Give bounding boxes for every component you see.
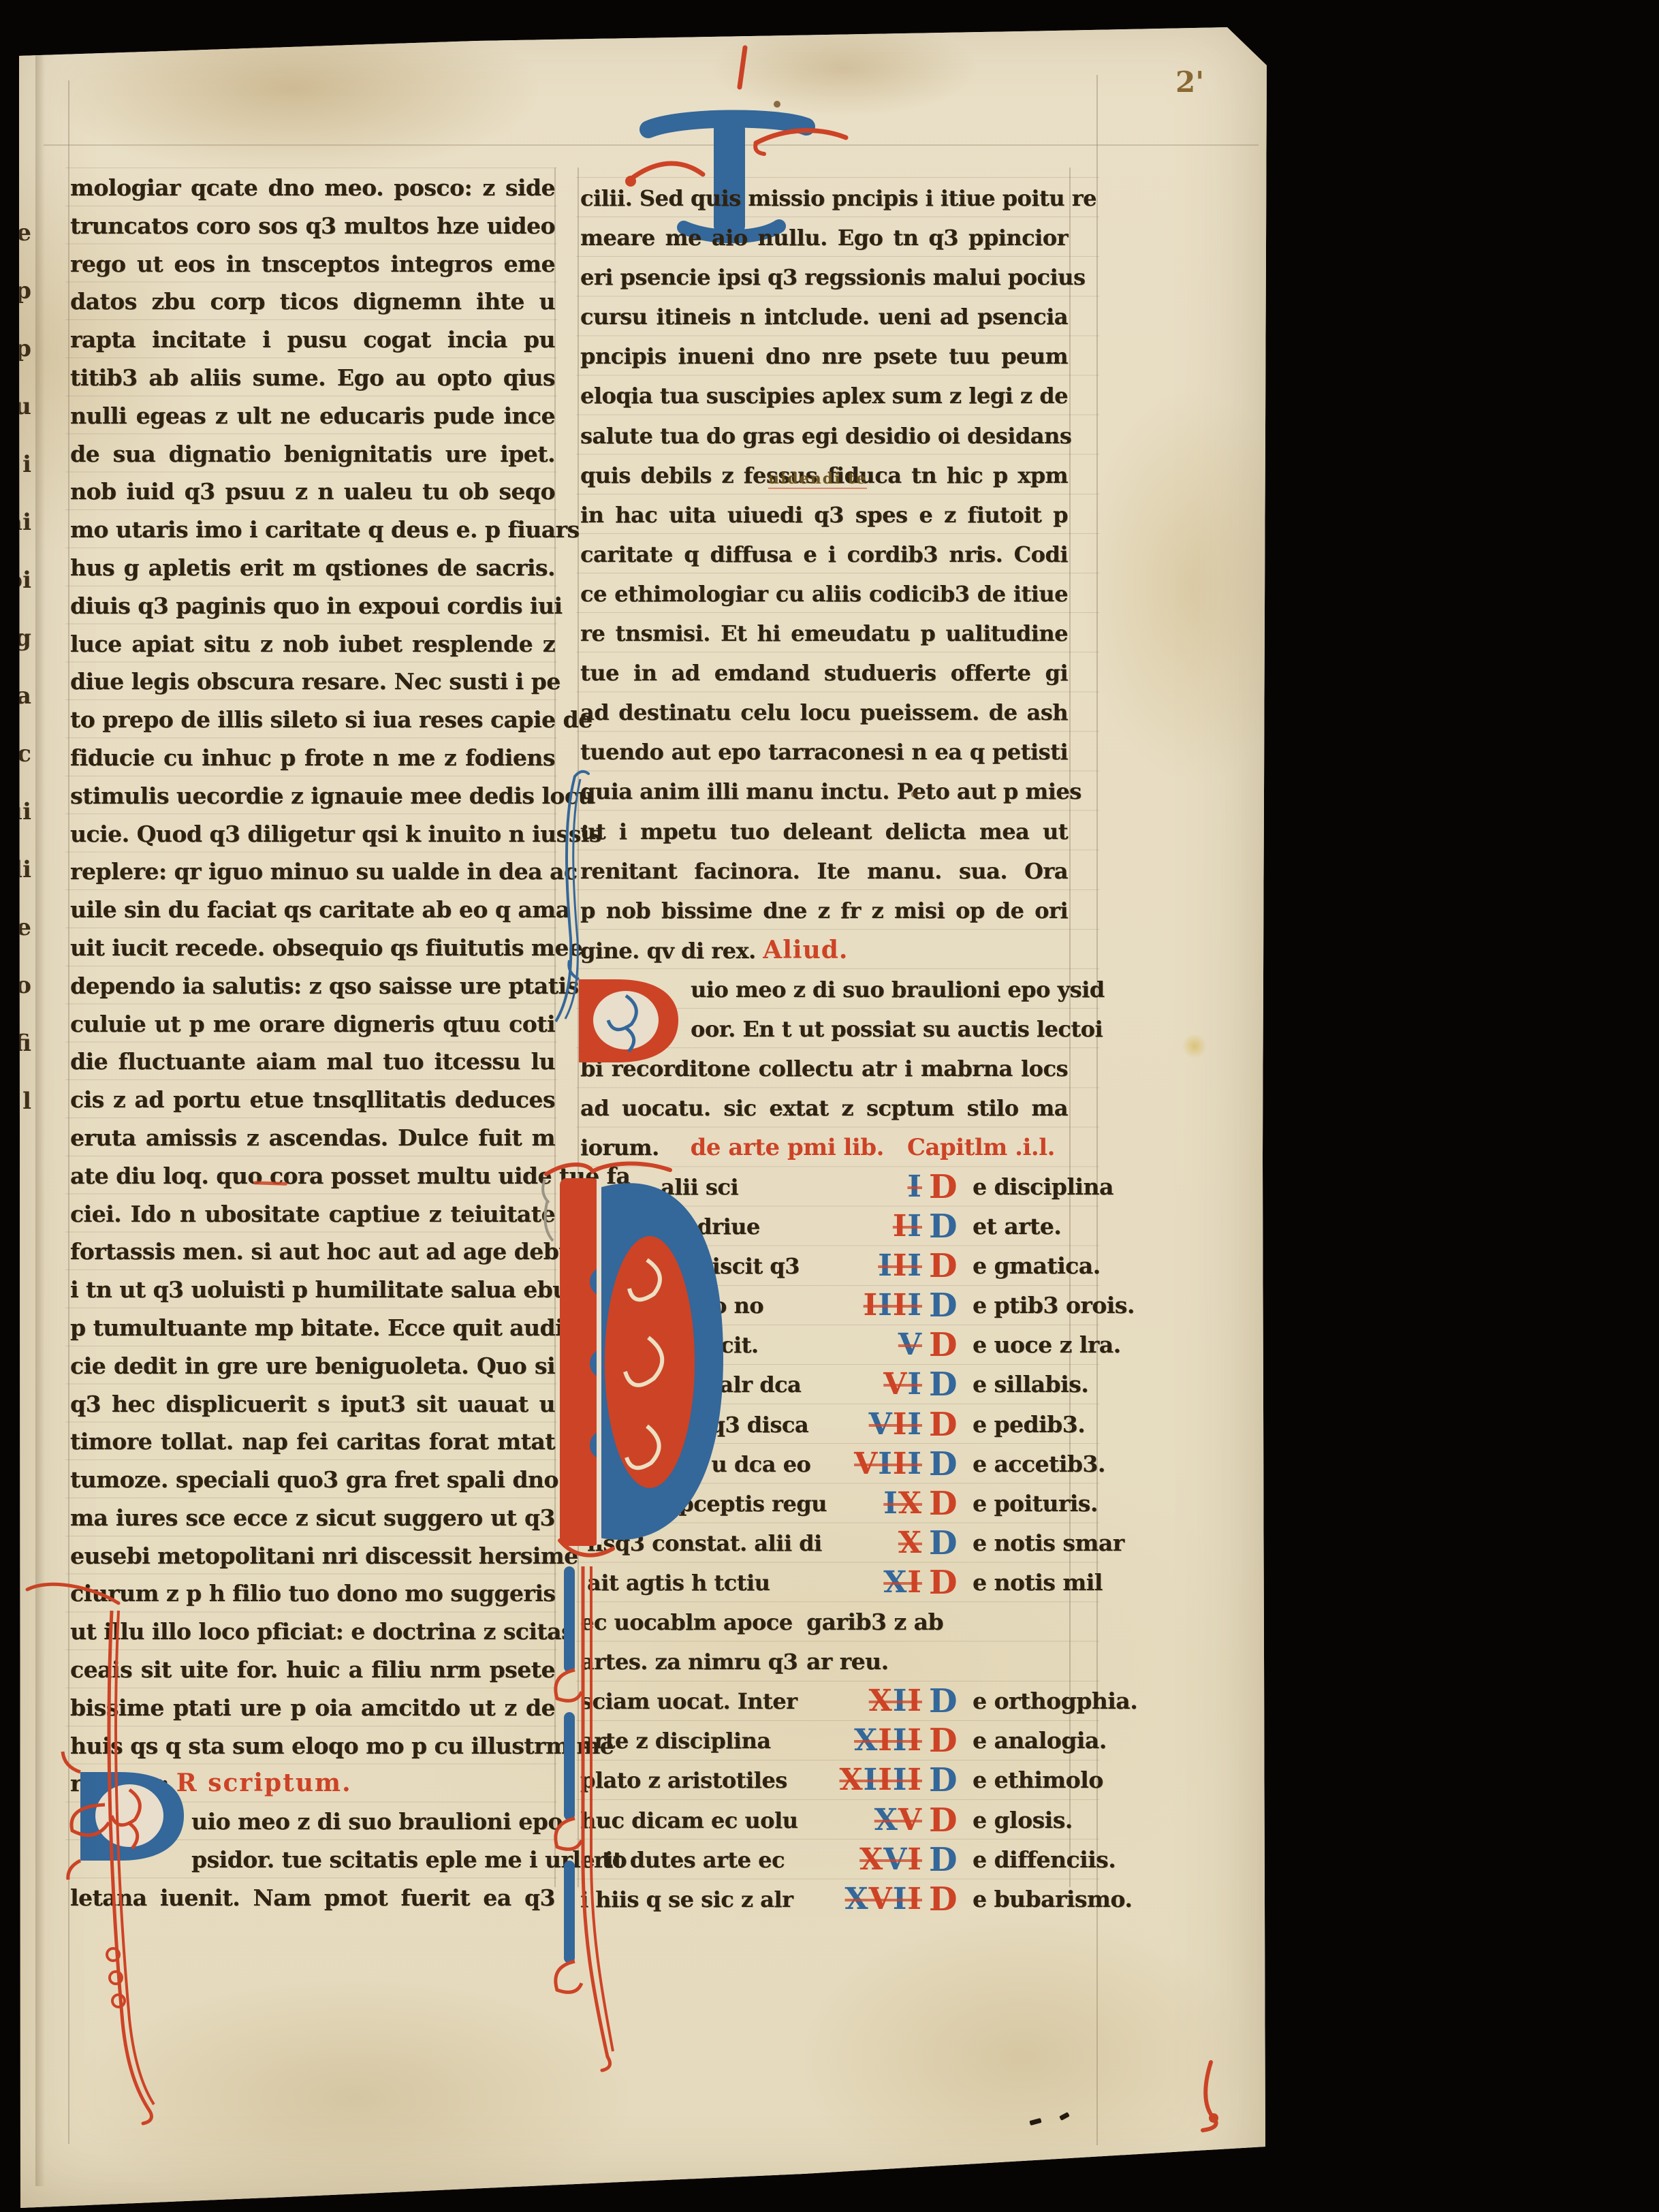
chapter-title: e diffenciis. xyxy=(973,1840,1116,1880)
chapter-initial-d: D xyxy=(929,1207,973,1246)
facing-page-edge: epepuiaioigBat.cuidiemofil xyxy=(0,204,31,1131)
text-line: mologiar qcate dno meo. posco: z side xyxy=(70,169,555,207)
text-line: uit iucit recede. obsequio qs fiuitutis … xyxy=(70,929,555,967)
clipped-marginal-letter: ui xyxy=(0,783,31,841)
clipped-marginal-letter: u xyxy=(0,378,31,436)
text-line: i tn ut q3 uoluisti p humilitate salua e… xyxy=(70,1271,555,1309)
chapter-numeral: III xyxy=(878,1246,929,1286)
text-line: q3 hec displicuerit s iput3 sit uauat u xyxy=(70,1385,555,1423)
chapter-row: ec uocablm apoce D garib3 z ab xyxy=(580,1602,1068,1642)
text-line: cilii. Sed quis missio pncipis i itiue p… xyxy=(580,178,1068,218)
chapter-title: e accetib3. xyxy=(973,1444,1105,1484)
text-line: rego ut eos in tnsceptos integros eme xyxy=(70,245,555,283)
clipped-marginal-letter: fi xyxy=(0,1015,31,1073)
text-line: salute tua do gras egi desidio oi desida… xyxy=(580,416,1068,456)
text-line: ce ethimologiar cu aliis codicib3 de iti… xyxy=(580,574,1068,614)
text-line: quia anim illi manu inctu. Peto aut p mi… xyxy=(580,772,1068,811)
clipped-marginal-letter: e xyxy=(0,204,31,262)
text-line: de sua dignatio benignitatis ure ipet. xyxy=(70,435,555,473)
text-line: fortassis men. si aut hoc aut ad age deb… xyxy=(70,1233,555,1271)
ruling-vertical xyxy=(1096,75,1098,2145)
chapter-title: e uoce z lra. xyxy=(973,1325,1121,1365)
chapter-numeral: VII xyxy=(869,1405,929,1444)
ink-speck xyxy=(1059,2112,1070,2121)
chapter-initial-d: D xyxy=(929,1246,973,1286)
text-line: rapta incitate i pusu cogat incia pu xyxy=(70,321,555,359)
text-line: caritate q diffusa e i cordib3 nris. Cod… xyxy=(580,535,1068,574)
ink-speck xyxy=(1029,2118,1041,2126)
clipped-marginal-letter: t.c xyxy=(0,725,31,783)
chapter-title: e notis smar xyxy=(973,1523,1124,1563)
text-line: cursu itineis n intclude. ueni ad psenci… xyxy=(580,297,1068,336)
text-line: ciei. Ido n ubositate captiue z teiuitat… xyxy=(70,1195,555,1233)
text-line: ucie. Quod q3 diligetur qsi k inuito n i… xyxy=(70,815,555,853)
clipped-marginal-letter: e xyxy=(0,899,31,957)
chapter-row: huc dicam ec uolu XV D e glosis. xyxy=(580,1801,1068,1840)
text-line: meare me aio nullu. Ego tn q3 ppincior xyxy=(580,218,1068,257)
text-line: ad destinatu celu locu pueissem. de ash xyxy=(580,693,1068,732)
text-line: ma iures sce ecce z sicut suggero ut q3 xyxy=(70,1499,555,1537)
chapter-numeral: XVI xyxy=(859,1840,929,1880)
chapter-title: e poituris. xyxy=(973,1484,1098,1523)
rescriptum-rubric: R scriptum. xyxy=(176,1769,352,1797)
chapter-title: e pedib3. xyxy=(973,1405,1085,1444)
clipped-marginal-letter: g xyxy=(0,610,31,667)
clipped-marginal-letter: ai xyxy=(0,494,31,552)
parchment-blemish xyxy=(774,101,780,108)
text-line: die fluctuante aiam mal tuo itcessu lu xyxy=(70,1043,555,1081)
chapter-numeral: IX xyxy=(883,1484,929,1523)
text-line: nob iuid q3 psuu z n ualeu tu ob seqo xyxy=(70,473,555,511)
clipped-marginal-letter: mo xyxy=(0,957,31,1015)
text-line: nulli egeas z ult ne educaris pude ince xyxy=(70,397,555,435)
text-line: replere: qr iguo minuo su ualde in dea a… xyxy=(70,853,555,891)
text-line: renitant facinora. Ite manu. sua. Ora xyxy=(580,851,1068,891)
text-line: cie dedit in gre ure beniguoleta. Quo si xyxy=(70,1347,555,1385)
text-line: tumoze. speciali quo3 gra fret spali dno xyxy=(70,1461,555,1499)
text-line: tuendo aut epo tarraconesi n ea q petist… xyxy=(580,732,1068,772)
chapter-numeral: XI xyxy=(883,1563,929,1602)
chapter-row: artes. za nimru q3 D ar reu. xyxy=(580,1642,1068,1681)
chapter-initial-d: D xyxy=(929,1286,973,1325)
chapter-numeral: II xyxy=(893,1207,929,1246)
gutter-flourish-blue xyxy=(539,768,594,1027)
aliud-rubric: Aliud. xyxy=(763,936,848,964)
text-line: datos zbu corp ticos dignemn ihte u xyxy=(70,283,555,321)
text-line: stimulis uecordie z ignauie mee dedis lo… xyxy=(70,777,555,815)
chapter-initial-d: D xyxy=(929,1840,973,1880)
chapter-title: e ptib3 orois. xyxy=(973,1286,1135,1325)
chapter-initial-d: D xyxy=(929,1523,973,1563)
text-line: p tumultuante mp bitate. Ecce quit audi xyxy=(70,1309,555,1347)
chapter-row: erit dutes arte ec XVI D e diffenciis. xyxy=(580,1840,1068,1880)
chapter-title: e notis mil xyxy=(973,1563,1103,1602)
chapter-initial-d: D xyxy=(929,1405,973,1444)
chapter-initial-d: D xyxy=(929,1880,973,1919)
text-line: tue in ad emdand studueris offerte gi xyxy=(580,653,1068,693)
clipped-marginal-letter: ep xyxy=(0,320,31,378)
text-line: eri psencie ipsi q3 regssionis malui poc… xyxy=(580,257,1068,297)
chapter-initial-d: D xyxy=(929,1167,973,1207)
chapter-initial-d: D xyxy=(929,1801,973,1840)
chapter-row: ait agtis h tctiu XI D e notis mil xyxy=(580,1563,1068,1602)
text-line: truncatos coro sos q3 multos hze uideo xyxy=(70,207,555,245)
text-line: luce apiat situ z nob iubet resplende z xyxy=(70,625,555,663)
line-end: gine. qv di rex. xyxy=(580,938,756,964)
chapter-title: e gmatica. xyxy=(973,1246,1101,1286)
chapter-title: e ethimolo xyxy=(973,1760,1103,1800)
text-line: eloqia tua suscipies aplex sum z legi z … xyxy=(580,376,1068,415)
chapter-numeral: XIII xyxy=(854,1721,929,1760)
clipped-marginal-letter: Ba xyxy=(0,667,31,725)
interlinear-gloss: uidendi te xyxy=(768,470,867,489)
chapter-title: e analogia. xyxy=(973,1721,1107,1760)
text-line: in hac uita uiuedi q3 spes e z fiutoit p xyxy=(580,495,1068,535)
text-line: diue legis obscura resare. Nec susti i p… xyxy=(70,663,555,701)
text-line-aliud: gine. qv di rex. Aliud. xyxy=(580,930,1068,970)
chapter-numeral: I xyxy=(907,1167,929,1207)
chapter-initial-d: D xyxy=(929,1484,973,1523)
chapter-numeral: XII xyxy=(869,1681,929,1721)
text-line: titib3 ab aliis sume. Ego au opto qius xyxy=(70,359,555,397)
chapter-row: plato z aristotiles XIIII D e ethimolo xyxy=(580,1760,1068,1800)
chapter-numeral: VI xyxy=(883,1365,929,1404)
clipped-marginal-letter: i xyxy=(0,436,31,494)
text-line: hus g apletis erit m qstiones de sacris. xyxy=(70,549,555,587)
text-line: timore tollat. nap fei caritas forat mta… xyxy=(70,1423,555,1461)
chapter-numeral: X xyxy=(898,1523,929,1563)
text-line: ut i mpetu tuo deleant delicta mea ut xyxy=(580,812,1068,851)
text-line: ate diu loq. quo cora posset multu uide … xyxy=(70,1157,555,1195)
large-decorated-initial xyxy=(539,1159,727,1568)
chapter-title: e glosis. xyxy=(973,1801,1073,1840)
chapter-initial-d: D xyxy=(929,1365,973,1404)
chapter-numeral: XVII xyxy=(845,1880,929,1919)
chapter-initial-d: D xyxy=(929,1325,973,1365)
text-line: culuie ut p me orare digneris qtuu coti xyxy=(70,1005,555,1043)
margin-flourish-red xyxy=(10,1546,166,2125)
chapter-title: ar reu. xyxy=(806,1642,889,1681)
parchment-page: epepuiaioigBat.cuidiemofil 2' mologiar q… xyxy=(0,0,1271,2212)
chapter-title: et arte. xyxy=(973,1207,1068,1246)
chapter-numeral: XV xyxy=(874,1801,929,1840)
text-line: dependo ia salutis: z qso saisse ure pta… xyxy=(70,967,555,1005)
chapter-initial-d: D xyxy=(929,1563,973,1602)
clipped-marginal-letter: oi xyxy=(0,552,31,610)
text-line: pncipis inueni dno nre psete tuu peum xyxy=(580,336,1068,376)
capitulum-rubric: Capitlm .i.l. xyxy=(907,1128,1055,1167)
chapter-title: e bubarismo. xyxy=(973,1880,1132,1919)
chapter-initial-d: D xyxy=(929,1681,973,1721)
text-line: cis z ad portu etue tnsqllitatis deduces xyxy=(70,1081,555,1119)
chapter-title: e disciplina xyxy=(973,1167,1113,1207)
clipped-marginal-letter: di xyxy=(0,841,31,899)
chapter-initial-d: D xyxy=(929,1760,973,1800)
manuscript-photo: epepuiaioigBat.cuidiemofil 2' mologiar q… xyxy=(0,0,1659,2212)
text-line: to prepo de illis sileto si iua reses ca… xyxy=(70,701,555,739)
chapter-row: sciam uocat. Inter XII D e orthogphia. xyxy=(580,1681,1068,1721)
text-line: p nob bissime dne z fr z misi op de ori xyxy=(580,891,1068,930)
folio-number: 2' xyxy=(1175,65,1204,99)
chapter-numeral: VIII xyxy=(854,1444,929,1484)
chapter-numeral: IIII xyxy=(864,1286,929,1325)
chapter-numeral: V xyxy=(898,1325,929,1365)
chapter-initial-d: D xyxy=(929,1721,973,1760)
descender-flourish xyxy=(542,1566,617,2070)
text-line: uile sin du faciat qs caritate ab eo q a… xyxy=(70,891,555,929)
chapter-numeral: XIIII xyxy=(839,1760,929,1800)
chapter-title: e orthogphia. xyxy=(973,1681,1137,1721)
text-line: ad uocatu. sic extat z scptum stilo ma xyxy=(580,1088,1068,1128)
chapter-title: garib3 z ab xyxy=(806,1602,943,1642)
chapter-title: e sillabis. xyxy=(973,1365,1088,1404)
text-line: eruta amissis z ascendas. Dulce fuit m xyxy=(70,1119,555,1157)
chapter-initial-d: D xyxy=(929,1444,973,1484)
text-line: fiducie cu inhuc p frote n me z fodiens xyxy=(70,739,555,777)
clipped-marginal-letter: l xyxy=(0,1073,31,1131)
parchment-blemish xyxy=(911,791,917,797)
bottom-red-squiggle xyxy=(1186,2055,1241,2137)
text-line: diuis q3 paginis quo in expoui cordis iu… xyxy=(70,587,555,625)
text-line: re tnsmisi. Et hi emeudatu p ualitudine xyxy=(580,614,1068,653)
text-line: mo utaris imo i caritate q deus e. p fiu… xyxy=(70,511,555,549)
clipped-marginal-letter: p xyxy=(0,262,31,320)
chapter-row: i hiis q se sic z alr XVII D e bubarismo… xyxy=(580,1880,1068,1919)
chapter-row: arte z disciplina XIII D e analogia. xyxy=(580,1721,1068,1760)
